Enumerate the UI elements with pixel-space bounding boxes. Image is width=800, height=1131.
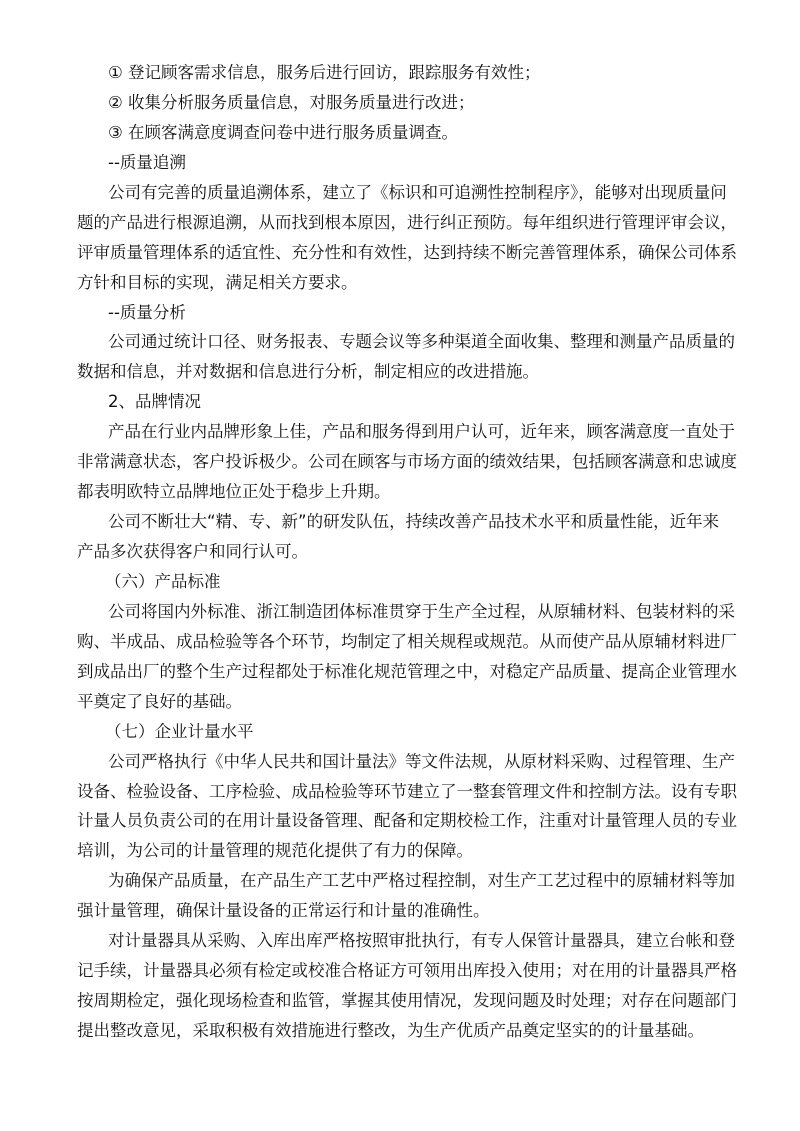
paragraph-line: 都表明欧特立品牌地位正处于稳步上升期。 (77, 477, 717, 507)
paragraph-line: 非常满意状态，客户投诉极少。公司在顾客与市场方面的绩效结果，包括顾客满意和忠诚度 (77, 447, 717, 477)
paragraph-line: 按周期检定，强化现场检查和监管，掌握其使用情况，发现问题及时处理；对存在问题部门 (77, 986, 717, 1016)
paragraph-metrology-law: 公司严格执行《中华人民共和国计量法》等文件法规，从原材料采购、过程管理、生产 设… (77, 747, 717, 867)
paragraph-line: 评审质量管理体系的适宜性、充分性和有效性，达到持续不断完善管理体系，确保公司体系 (77, 238, 717, 268)
paragraph-instrument-management: 对计量器具从采购、入库出库严格按照审批执行，有专人保管计量器具，建立台帐和登 记… (77, 926, 717, 1046)
paragraph-line: 购、半成品、成品检验等各个环节，均制定了相关规程或规范。从而使产品从原辅材料进厂 (77, 627, 717, 657)
paragraph-line: 对计量器具从采购、入库出库严格按照审批执行，有专人保管计量器具，建立台帐和登 (77, 926, 717, 956)
list-item-3: ③ 在顾客满意度调查问卷中进行服务质量调查。 (77, 118, 717, 148)
paragraph-line: 记手续，计量器具必须有检定或校准合格证方可领用出库投入使用；对在用的计量器具严格 (77, 956, 717, 986)
paragraph-line: 公司不断壮大“精、专、新”的研发队伍，持续改善产品技术水平和质量性能，近年来 (77, 507, 717, 537)
heading-product-standards: （六）产品标准 (77, 567, 717, 597)
document-page: ① 登记顾客需求信息，服务后进行回访，跟踪服务有效性； ② 收集分析服务质量信息… (0, 0, 800, 1131)
heading-metrology: （七）企业计量水平 (77, 717, 717, 747)
paragraph-brand-image: 产品在行业内品牌形象上佳，产品和服务得到用户认可，近年来，顾客满意度一直处于 非… (77, 417, 717, 507)
paragraph-line: 计量人员负责公司的在用计量设备管理、配备和定期校检工作，注重对计量管理人员的专业 (77, 806, 717, 836)
paragraph-line: 为确保产品质量，在产品生产工艺中严格过程控制，对生产工艺过程中的原辅材料等加 (77, 866, 717, 896)
paragraph-standards: 公司将国内外标准、浙江制造团体标准贯穿于生产全过程，从原辅材料、包装材料的采 购… (77, 597, 717, 717)
list-item-1: ① 登记顾客需求信息，服务后进行回访，跟踪服务有效性； (77, 58, 717, 88)
paragraph-line: 提出整改意见，采取积极有效措施进行整改，为生产优质产品奠定坚实的的计量基础。 (77, 1016, 717, 1046)
paragraph-line: 产品在行业内品牌形象上佳，产品和服务得到用户认可，近年来，顾客满意度一直处于 (77, 417, 717, 447)
document-body: ① 登记顾客需求信息，服务后进行回访，跟踪服务有效性； ② 收集分析服务质量信息… (77, 58, 717, 1046)
paragraph-rd-team: 公司不断壮大“精、专、新”的研发队伍，持续改善产品技术水平和质量性能，近年来 产… (77, 507, 717, 567)
paragraph-line: 到成品出厂的整个生产过程都处于标准化规范管理之中，对稳定产品质量、提高企业管理水 (77, 657, 717, 687)
paragraph-line: 设备、检验设备、工序检验、成品检验等环节建立了一整套管理文件和控制方法。设有专职 (77, 777, 717, 807)
paragraph-line: 产品多次获得客户和同行认可。 (77, 537, 717, 567)
paragraph-line: 公司将国内外标准、浙江制造团体标准贯穿于生产全过程，从原辅材料、包装材料的采 (77, 597, 717, 627)
paragraph-traceability: 公司有完善的质量追溯体系，建立了《标识和可追溯性控制程序》，能够对出现质量问 题… (77, 178, 717, 298)
subheading-quality-analysis: --质量分析 (77, 298, 717, 328)
paragraph-line: 数据和信息，并对数据和信息进行分析，制定相应的改进措施。 (77, 357, 717, 387)
paragraph-line: 公司通过统计口径、财务报表、专题会议等多种渠道全面收集、整理和测量产品质量的 (77, 327, 717, 357)
paragraph-line: 平奠定了良好的基础。 (77, 687, 717, 717)
paragraph-analysis: 公司通过统计口径、财务报表、专题会议等多种渠道全面收集、整理和测量产品质量的 数… (77, 327, 717, 387)
subheading-quality-traceability: --质量追溯 (77, 148, 717, 178)
paragraph-process-control: 为确保产品质量，在产品生产工艺中严格过程控制，对生产工艺过程中的原辅材料等加 强… (77, 866, 717, 926)
paragraph-line: 强计量管理，确保计量设备的正常运行和计量的准确性。 (77, 896, 717, 926)
paragraph-line: 方针和目标的实现，满足相关方要求。 (77, 268, 717, 298)
list-item-2: ② 收集分析服务质量信息，对服务质量进行改进； (77, 88, 717, 118)
paragraph-line: 公司严格执行《中华人民共和国计量法》等文件法规，从原材料采购、过程管理、生产 (77, 747, 717, 777)
paragraph-line: 公司有完善的质量追溯体系，建立了《标识和可追溯性控制程序》，能够对出现质量问 (77, 178, 717, 208)
paragraph-line: 培训，为公司的计量管理的规范化提供了有力的保障。 (77, 836, 717, 866)
heading-brand: 2、品牌情况 (77, 387, 717, 417)
paragraph-line: 题的产品进行根源追溯，从而找到根本原因，进行纠正预防。每年组织进行管理评审会议， (77, 208, 717, 238)
